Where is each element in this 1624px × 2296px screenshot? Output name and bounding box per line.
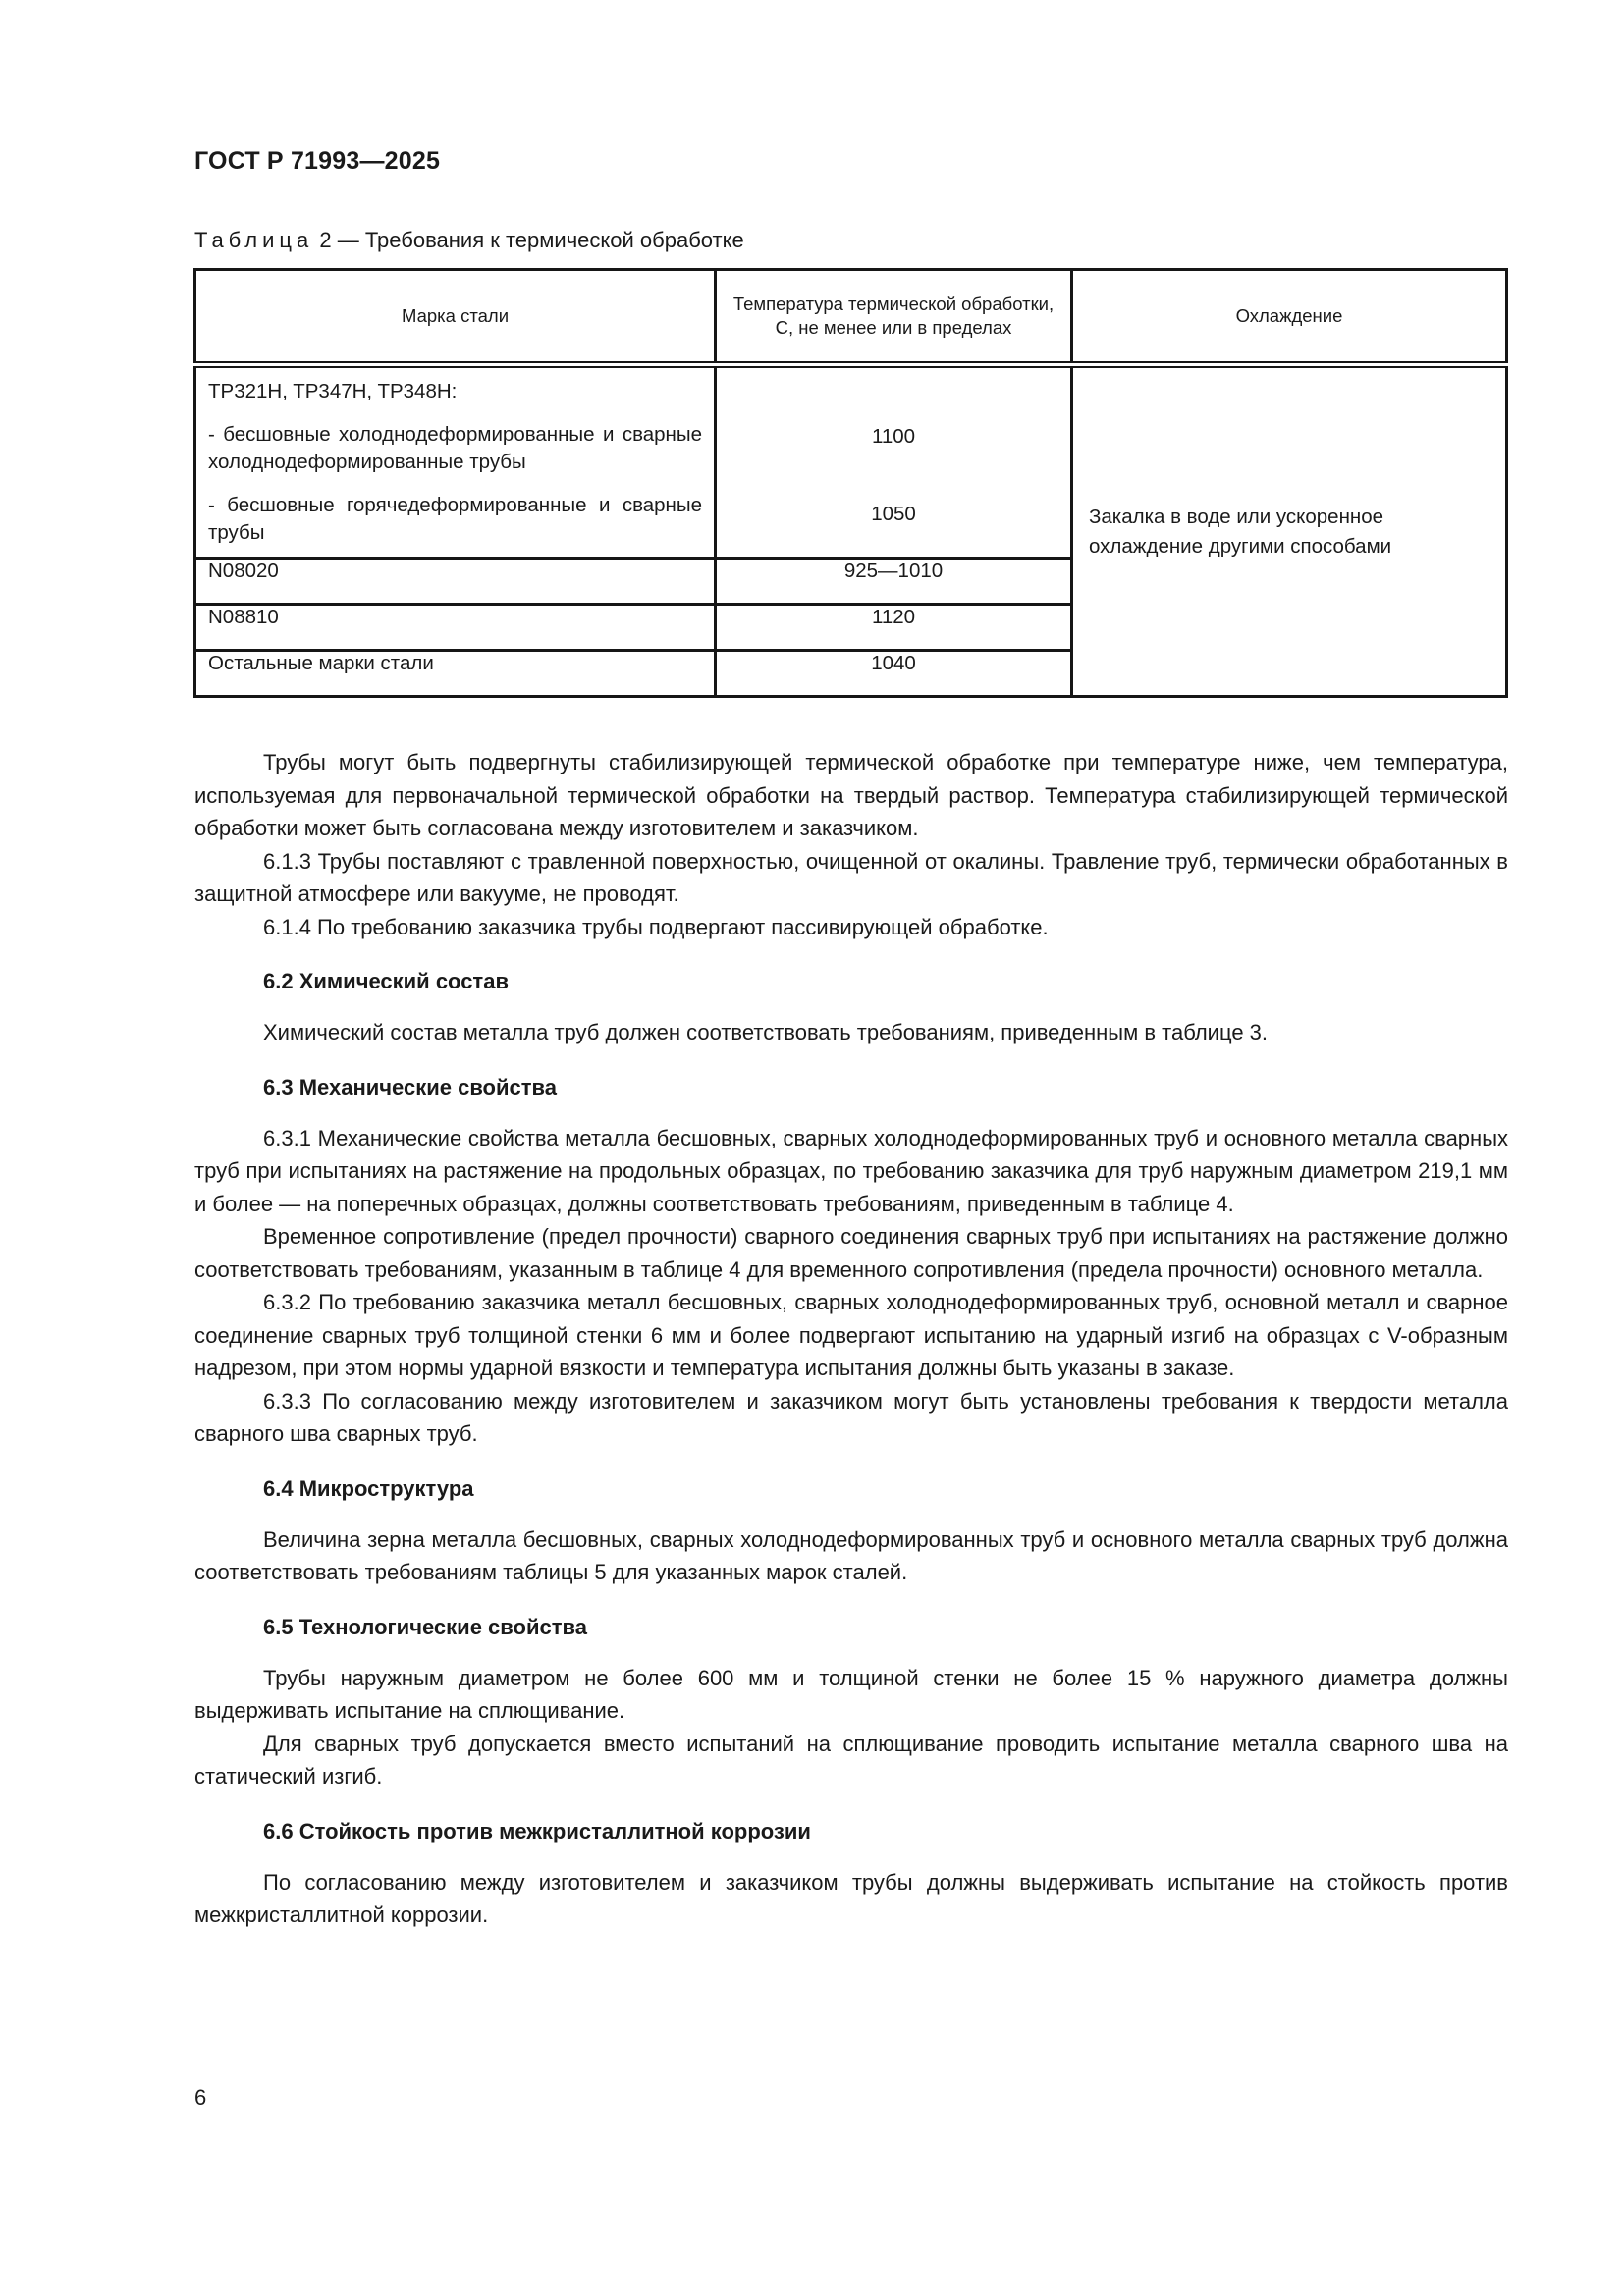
- table-header-row: Марка стали Температура термической обра…: [195, 270, 1507, 365]
- section-heading-6-6: 6.6 Стойкость против межкристаллитной ко…: [194, 1815, 1508, 1847]
- temperature-cell: 1040: [716, 651, 1072, 697]
- table-caption-word: Таблица: [194, 228, 313, 252]
- temperature-cell: 925—1010: [716, 559, 1072, 605]
- table-caption: Таблица 2 — Требования к термической обр…: [194, 228, 744, 253]
- temperature-cell: 1120: [716, 605, 1072, 651]
- table-row: TP321H, TP347H, TP348H: - бесшовные холо…: [195, 365, 1507, 559]
- paragraph-6-1-4: 6.1.4 По требованию заказчика трубы подв…: [194, 911, 1508, 944]
- paragraph-6-3-2: 6.3.2 По требованию заказчика металл бес…: [194, 1286, 1508, 1385]
- grade-group-item: - бесшовные горячедеформированные и свар…: [208, 492, 702, 547]
- grade-cell: Остальные марки стали: [195, 651, 716, 697]
- cooling-cell: Закалка в воде или ускоренное охлаждение…: [1072, 365, 1507, 697]
- paragraph-6-2: Химический состав металла труб должен со…: [194, 1016, 1508, 1049]
- temperature-value: 1050: [729, 501, 1058, 528]
- section-heading-6-3: 6.3 Механические свойства: [194, 1071, 1508, 1103]
- grade-group-item: - бесшовные холоднодеформированные и сва…: [208, 421, 702, 476]
- column-header-cooling: Охлаждение: [1072, 270, 1507, 365]
- column-header-temperature: Температура термической обработки, С, не…: [716, 270, 1072, 365]
- section-heading-6-4: 6.4 Микроструктура: [194, 1472, 1508, 1505]
- paragraph-6-1-3: 6.1.3 Трубы поставляют с травленной пове…: [194, 845, 1508, 911]
- grade-cell: N08810: [195, 605, 716, 651]
- paragraph-6-3-1-weld: Временное сопротивление (предел прочност…: [194, 1220, 1508, 1286]
- section-heading-6-5: 6.5 Технологические свойства: [194, 1611, 1508, 1643]
- document-body: Трубы могут быть подвергнуты стабилизиру…: [194, 746, 1508, 1932]
- column-header-steel-grade: Марка стали: [195, 270, 716, 365]
- section-heading-6-2: 6.2 Химический состав: [194, 965, 1508, 997]
- table-caption-title: 2 — Требования к термической обработке: [313, 228, 743, 252]
- document-standard-title: ГОСТ Р 71993—2025: [194, 147, 440, 176]
- temperature-value: 1100: [729, 423, 1058, 451]
- paragraph-stabilizing-treatment: Трубы могут быть подвергнуты стабилизиру…: [194, 746, 1508, 845]
- paragraph-6-3-1: 6.3.1 Механические свойства металла бесш…: [194, 1122, 1508, 1221]
- paragraph-6-5-flattening: Трубы наружным диаметром не более 600 мм…: [194, 1662, 1508, 1728]
- heat-treatment-table: Марка стали Температура термической обра…: [193, 268, 1508, 698]
- grade-cell: N08020: [195, 559, 716, 605]
- paragraph-6-6: По согласованию между изготовителем и за…: [194, 1866, 1508, 1932]
- grade-group-title: TP321H, TP347H, TP348H:: [208, 378, 702, 405]
- paragraph-6-3-3: 6.3.3 По согласованию между изготовителе…: [194, 1385, 1508, 1451]
- paragraph-6-4: Величина зерна металла бесшовных, сварны…: [194, 1523, 1508, 1589]
- temperature-group-cell: 1100 1050: [716, 365, 1072, 559]
- page-number: 6: [194, 2085, 206, 2110]
- paragraph-6-5-bend: Для сварных труб допускается вместо испы…: [194, 1728, 1508, 1793]
- grade-group-cell: TP321H, TP347H, TP348H: - бесшовные холо…: [195, 365, 716, 559]
